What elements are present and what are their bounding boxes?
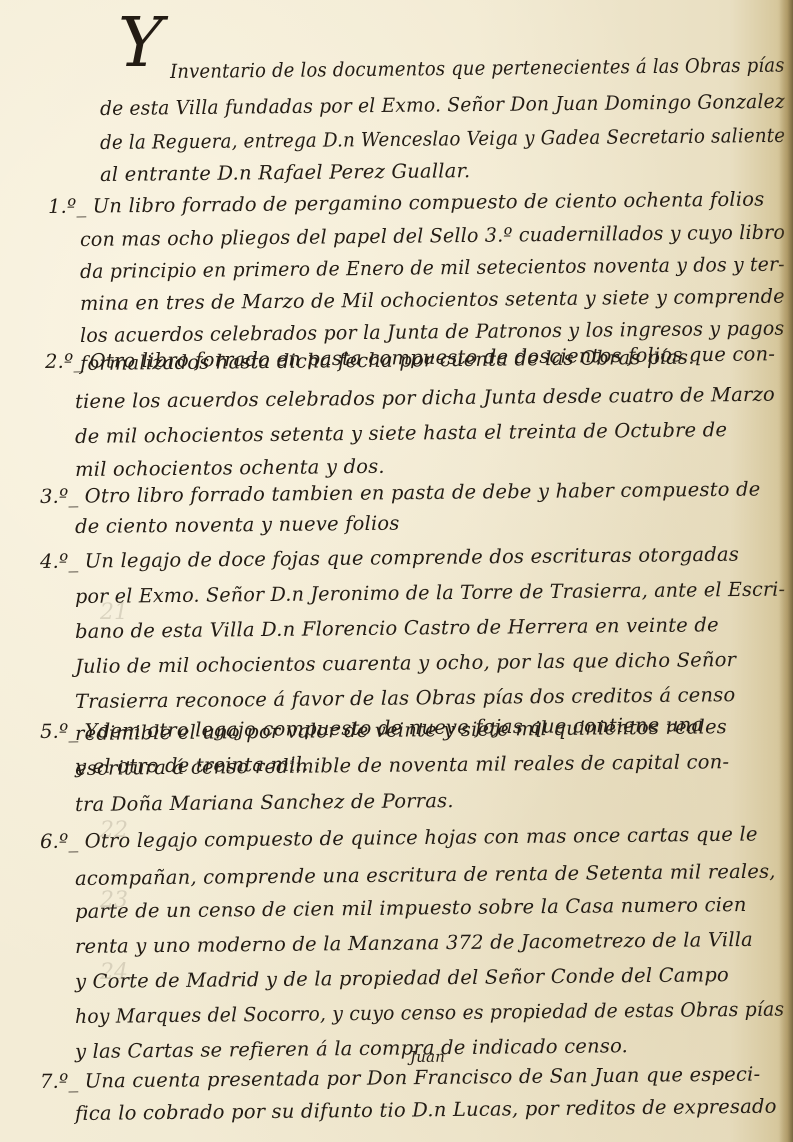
manuscript-page: 21 22 23 24 Y Inventario de los document… [0, 0, 793, 1142]
item-6-line: y Corte de Madrid y de la propiedad del … [75, 963, 729, 993]
item-4-line: Julio de mil ochocientos cuarenta y ocho… [75, 648, 736, 678]
item-4-line: 4.º_ Un legajo de doce fojas que compren… [40, 543, 739, 573]
item-3-line: 3.º_ Otro libro forrado tambien en pasta… [40, 477, 761, 508]
item-5-line: tra Doña Mariana Sanchez de Porras. [75, 789, 454, 816]
item-7-line: fica lo cobrado por su difunto tio D.n L… [75, 1095, 777, 1125]
item-1-line: 1.º_ Un libro forrado de pergamino compu… [48, 187, 765, 218]
item-2-line: tiene los acuerdos celebrados por dicha … [75, 383, 775, 413]
item-6-line: renta y uno moderno de la Manzana 372 de… [75, 928, 753, 958]
item-6-line: acompañan, comprende una escritura de re… [75, 860, 776, 890]
item-1-line: da principio en primero de Enero de mil … [80, 253, 785, 283]
item-1-line: con mas ocho pliegos del papel del Sello… [80, 221, 785, 251]
item-6-line: parte de un censo de cien mil impuesto s… [75, 893, 747, 923]
header-line: al entrante D.n Rafael Perez Guallar. [100, 159, 471, 186]
item-2-line: de mil ochocientos setenta y siete hasta… [75, 418, 727, 448]
item-4-line: bano de esta Villa D.n Florencio Castro … [75, 613, 719, 643]
item-6-line: 6.º_ Otro legajo compuesto de quince hoj… [40, 822, 758, 853]
header-line: de esta Villa fundadas por el Exmo. Seño… [100, 90, 785, 120]
item-4-line: por el Exmo. Señor D.n Jeronimo de la To… [75, 578, 785, 608]
decorative-initial: Y [118, 10, 163, 78]
item-3-line: de ciento noventa y nueve folios [75, 512, 400, 538]
item-4-line: Trasierra reconoce á favor de las Obras … [75, 683, 736, 713]
item-2-line: mil ochocientos ochenta y dos. [75, 455, 385, 481]
item-6-line: hoy Marques del Socorro, y cuyo censo es… [75, 998, 785, 1028]
header-line: de la Reguera, entrega D.n Wenceslao Vei… [100, 124, 785, 154]
item-7-line: 7.º_ Una cuenta presentada por Don Franc… [40, 1062, 761, 1093]
header-line: Inventario de los documentos que pertene… [170, 54, 785, 83]
interlinear-insertion: Juan [410, 1048, 445, 1066]
item-6-line: y las Cartas se refieren á la compra de … [75, 1034, 628, 1063]
item-1-line: mina en tres de Marzo de Mil ochocientos… [80, 285, 785, 315]
